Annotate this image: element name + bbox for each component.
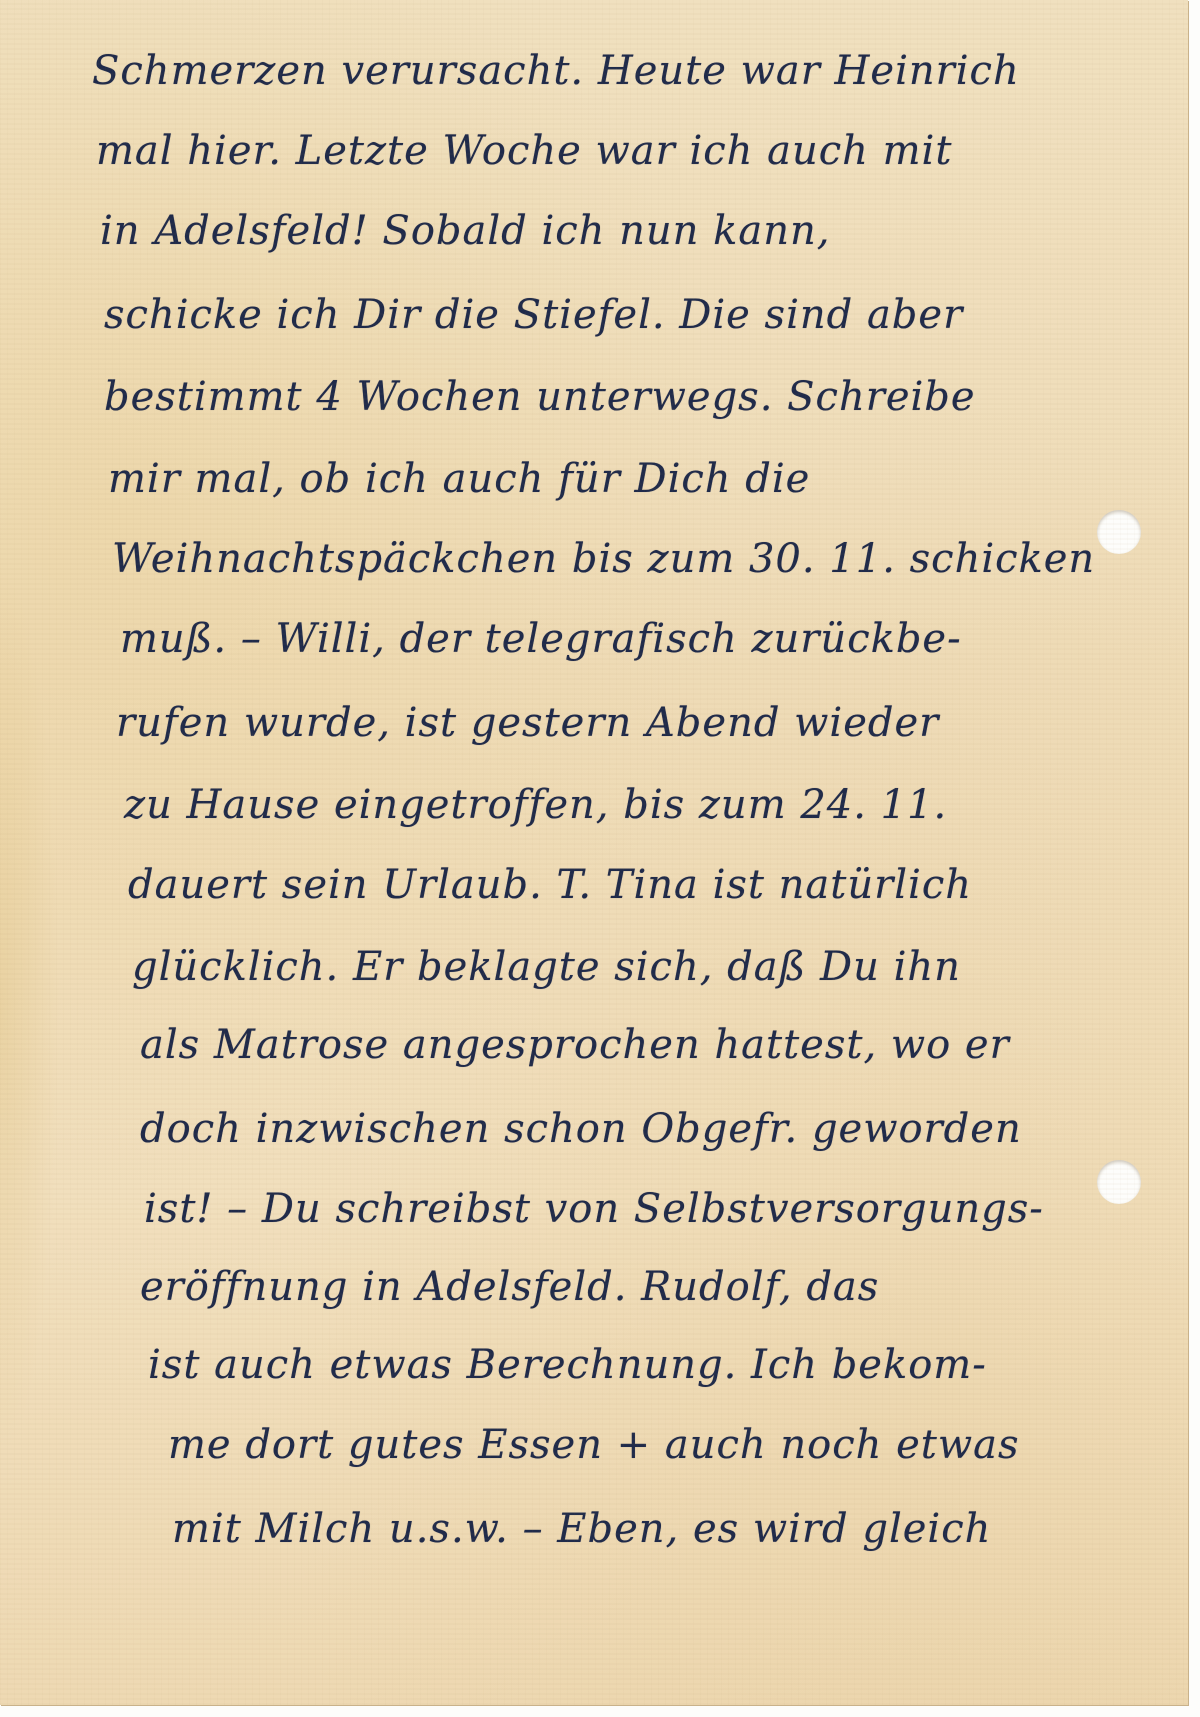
handwritten-line: eröffnung in Adelsfeld. Rudolf, das <box>140 1264 1200 1310</box>
handwritten-line: me dort gutes Essen + auch noch etwas <box>168 1422 1200 1468</box>
handwritten-line: muß. – Willi, der telegrafisch zurückbe- <box>120 616 1200 662</box>
handwritten-line: Weihnachtspäckchen bis zum 30. 11. schic… <box>112 536 1200 582</box>
handwritten-line: ist! – Du schreibst von Selbstversorgung… <box>144 1186 1200 1232</box>
paper-stain <box>0 560 60 1460</box>
handwritten-line: glücklich. Er beklagte sich, daß Du ihn <box>132 944 1200 990</box>
handwritten-line: bestimmt 4 Wochen unterwegs. Schreibe <box>104 374 1200 420</box>
handwritten-line: zu Hause eingetroffen, bis zum 24. 11. <box>124 782 1200 828</box>
handwritten-line: ist auch etwas Berechnung. Ich bekom- <box>148 1342 1200 1388</box>
handwritten-line: mal hier. Letzte Woche war ich auch mit <box>96 128 1200 174</box>
handwritten-line: als Matrose angesprochen hattest, wo er <box>140 1022 1200 1068</box>
handwritten-line: rufen wurde, ist gestern Abend wieder <box>116 700 1200 746</box>
handwritten-line: dauert sein Urlaub. T. Tina ist natürlic… <box>128 862 1200 908</box>
handwritten-line: mir mal, ob ich auch für Dich die <box>108 456 1200 502</box>
handwritten-line: doch inzwischen schon Obgefr. geworden <box>140 1106 1200 1152</box>
punch-hole-upper <box>1097 510 1141 554</box>
handwritten-line: in Adelsfeld! Sobald ich nun kann, <box>100 208 1200 254</box>
handwritten-line: mit Milch u.s.w. – Eben, es wird gleich <box>172 1506 1200 1552</box>
letter-page: Schmerzen verursacht. Heute war Heinrich… <box>0 0 1188 1705</box>
handwritten-line: schicke ich Dir die Stiefel. Die sind ab… <box>104 292 1200 338</box>
handwritten-line: Schmerzen verursacht. Heute war Heinrich <box>92 48 1200 94</box>
punch-hole-lower <box>1097 1160 1141 1204</box>
